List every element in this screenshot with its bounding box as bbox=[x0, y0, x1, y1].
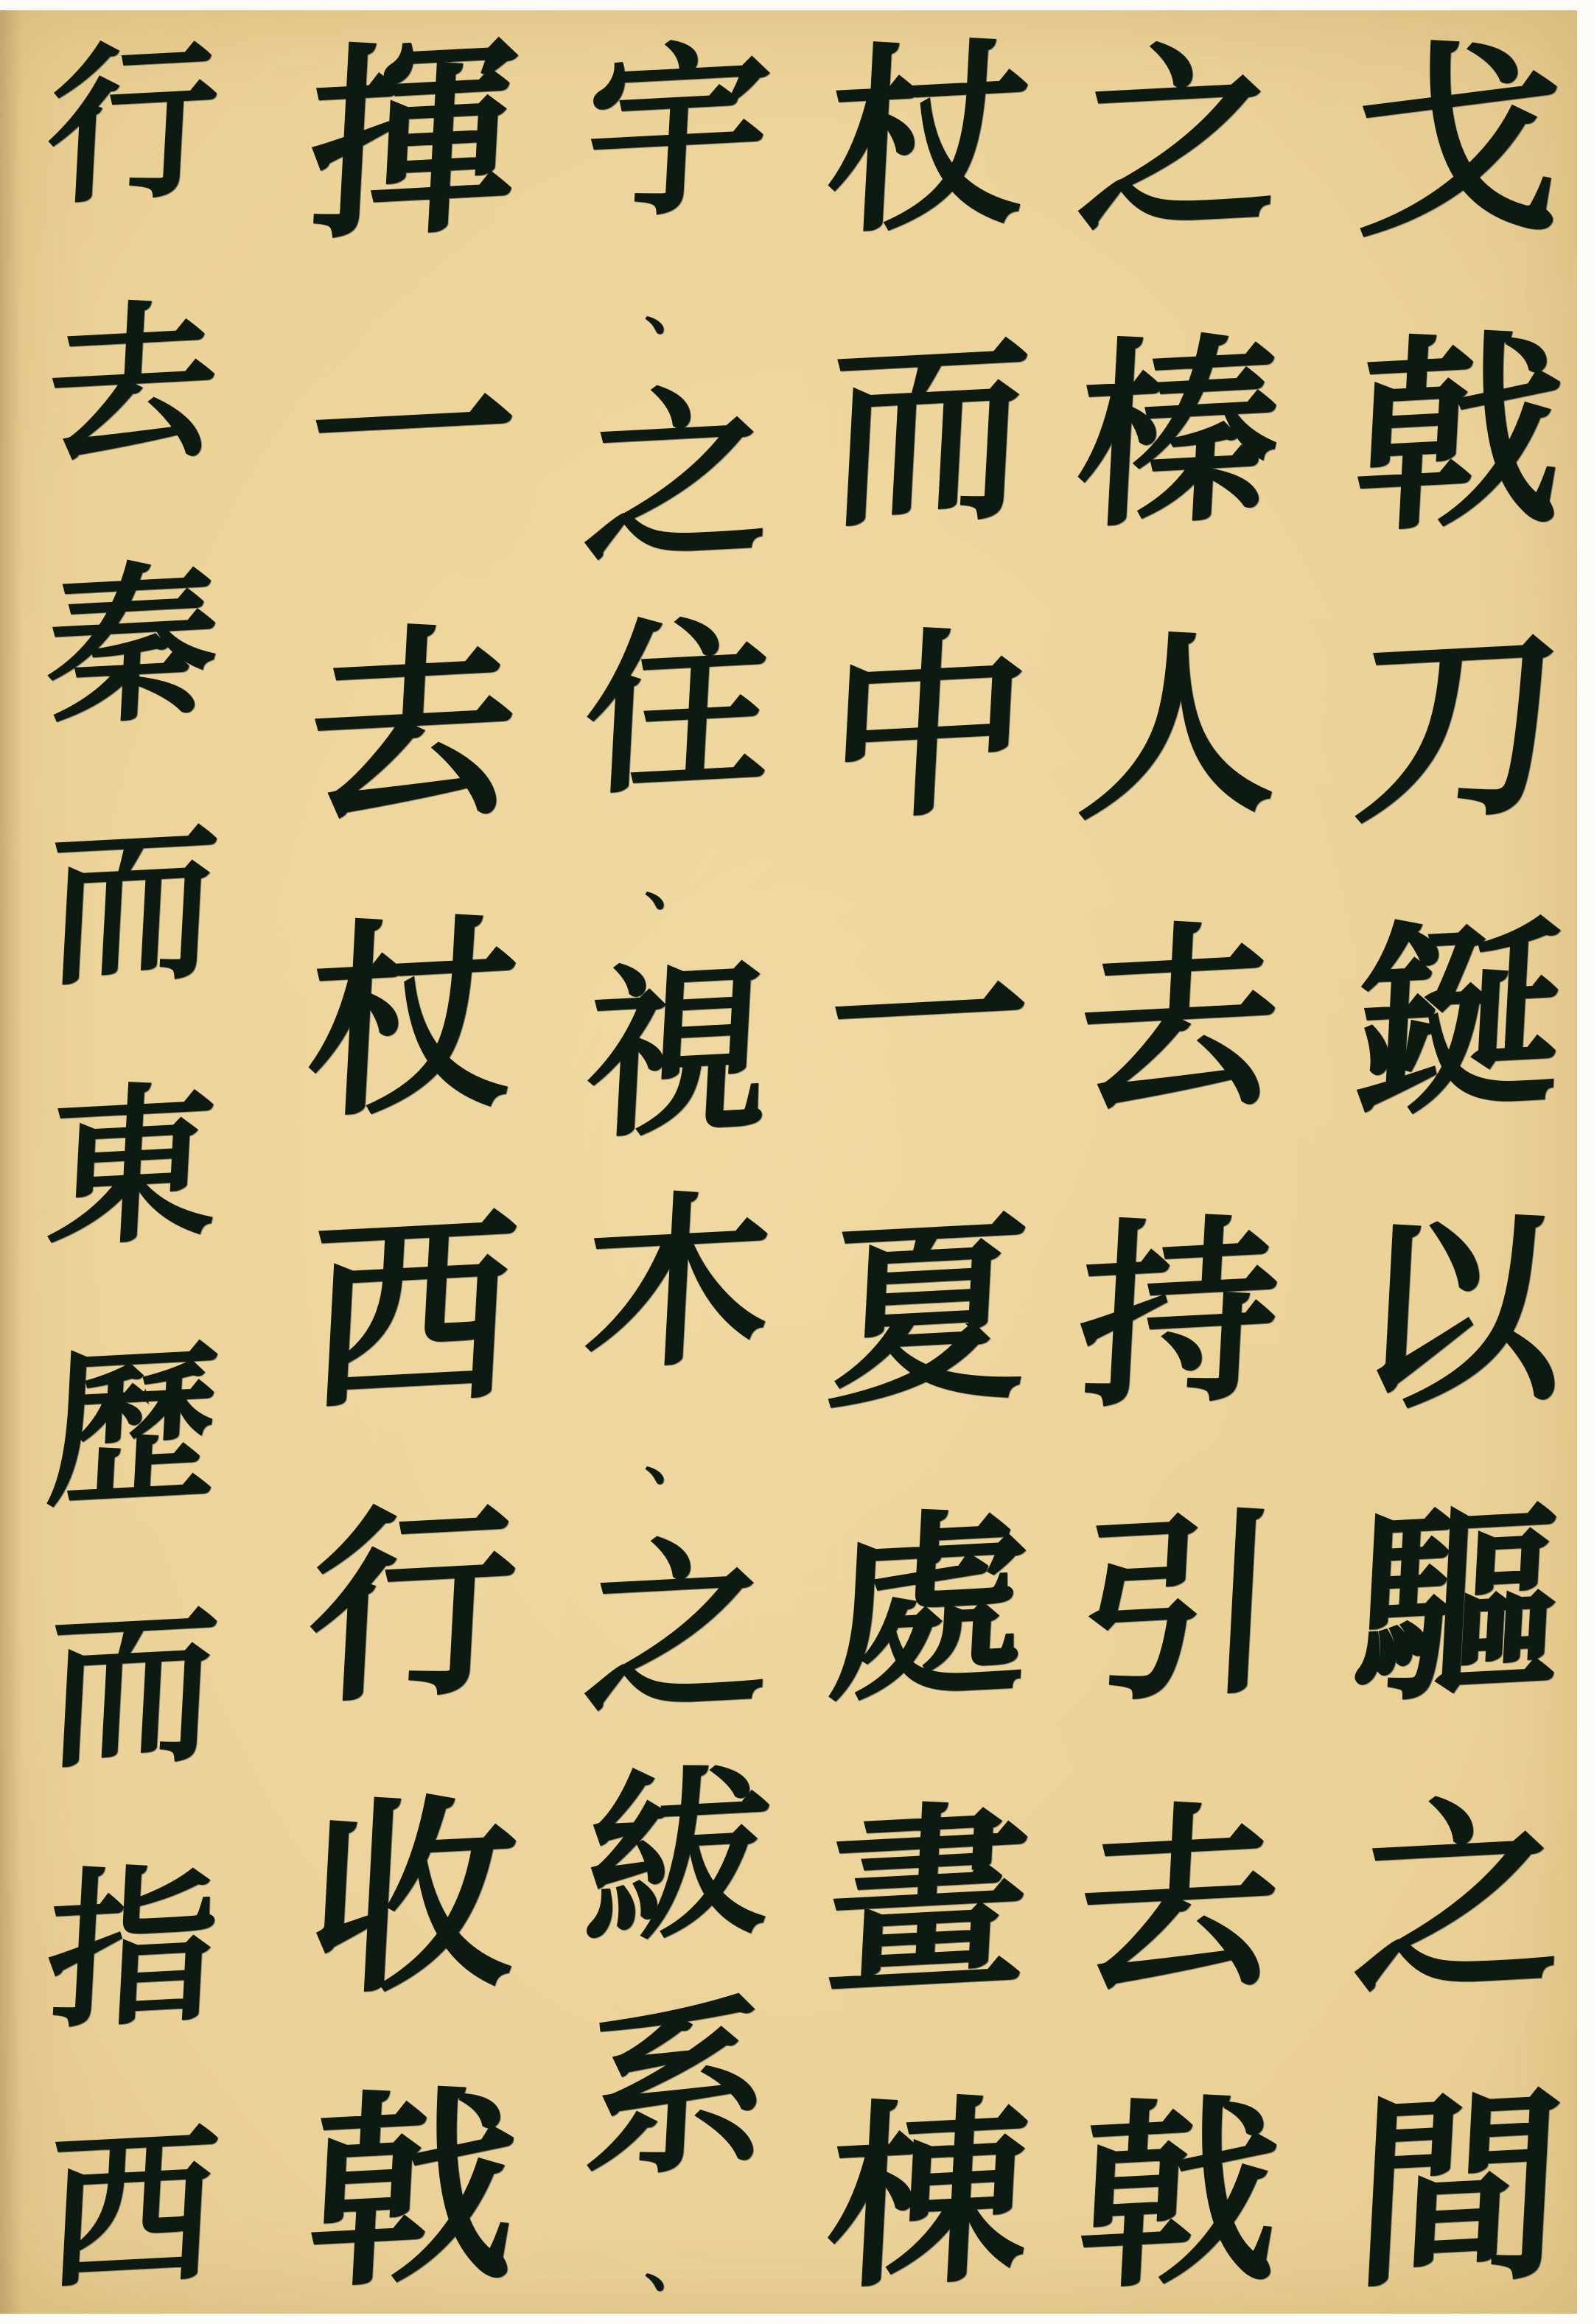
calligraphy-character: 之 bbox=[1350, 1791, 1568, 2007]
calligraphy-character: 戟 bbox=[1074, 2090, 1284, 2300]
calligraphy-character: 收 bbox=[304, 1791, 522, 2007]
calligraphy-character: 持 bbox=[1074, 1209, 1284, 1418]
calligraphy-character: 指 bbox=[43, 1860, 222, 2038]
calligraphy-column-6: 行去秦而東歷而指西 bbox=[0, 40, 265, 2295]
calligraphy-column-1: 戈戟刀鋋以驅之間 bbox=[1326, 40, 1592, 2295]
calligraphy-character: 木 bbox=[581, 1186, 775, 1379]
calligraphy-character: 紱 bbox=[581, 1761, 775, 1955]
calligraphy-character: 戟 bbox=[304, 2083, 522, 2300]
calligraphy-character: 西 bbox=[43, 2121, 222, 2299]
calligraphy-character: 之 bbox=[581, 1530, 775, 1724]
calligraphy-character: 戈 bbox=[1350, 35, 1568, 251]
calligraphy-character: 去 bbox=[43, 296, 222, 475]
calligraphy-character: 住 bbox=[581, 611, 775, 805]
calligraphy-character: 處 bbox=[823, 1503, 1033, 1712]
calligraphy-character: 西 bbox=[304, 1205, 522, 1421]
calligraphy-character: 、 bbox=[643, 2227, 713, 2297]
calligraphy-character: 去 bbox=[304, 620, 522, 836]
calligraphy-character: 而 bbox=[43, 817, 222, 995]
calligraphy-character: 之 bbox=[581, 379, 775, 573]
calligraphy-character: 引 bbox=[1074, 1503, 1284, 1712]
calligraphy-column-3: 杖而中一夏處畫棟 bbox=[796, 40, 1061, 2295]
calligraphy-character: 而 bbox=[43, 1600, 222, 1778]
calligraphy-character: 畫 bbox=[823, 1796, 1033, 2006]
calligraphy-character: 系 bbox=[581, 1992, 775, 2186]
calligraphy-character: 、 bbox=[643, 844, 713, 914]
calligraphy-character: 去 bbox=[1074, 1796, 1284, 2006]
calligraphy-character: 鋋 bbox=[1350, 912, 1568, 1129]
calligraphy-character: 人 bbox=[1074, 622, 1284, 831]
calligraphy-column-4: 宇、之住、視木、之紱系、 bbox=[545, 40, 811, 2295]
calligraphy-character: 刀 bbox=[1350, 620, 1568, 836]
calligraphy-paper: 戈戟刀鋋以驅之間 之榛人去持引去戟 杖而中一夏處畫棟 宇、之住、視木、之紱系、 … bbox=[0, 10, 1577, 2314]
calligraphy-character: 戟 bbox=[1350, 327, 1568, 544]
calligraphy-character: 、 bbox=[643, 269, 713, 339]
calligraphy-character: 視 bbox=[581, 955, 775, 1149]
calligraphy-character: 間 bbox=[1350, 2083, 1568, 2300]
calligraphy-character: 揮 bbox=[304, 35, 522, 251]
calligraphy-character: 中 bbox=[823, 622, 1033, 831]
calligraphy-character: 、 bbox=[643, 1420, 713, 1490]
calligraphy-character: 宇 bbox=[581, 35, 775, 229]
calligraphy-character: 行 bbox=[43, 35, 222, 214]
calligraphy-character: 秦 bbox=[43, 557, 222, 735]
calligraphy-character: 而 bbox=[823, 329, 1033, 538]
calligraphy-column-5: 揮一去杖西行收戟 bbox=[280, 40, 545, 2295]
calligraphy-character: 杖 bbox=[304, 912, 522, 1129]
calligraphy-character: 一 bbox=[304, 327, 522, 544]
calligraphy-character: 東 bbox=[43, 1078, 222, 1256]
calligraphy-character: 行 bbox=[304, 1498, 522, 1715]
calligraphy-character: 一 bbox=[823, 916, 1033, 1125]
calligraphy-character: 以 bbox=[1350, 1205, 1568, 1421]
calligraphy-character: 去 bbox=[1074, 916, 1284, 1125]
calligraphy-character: 夏 bbox=[823, 1209, 1033, 1418]
calligraphy-character: 之 bbox=[1074, 35, 1284, 244]
calligraphy-character: 歷 bbox=[43, 1339, 222, 1517]
calligraphy-character: 棟 bbox=[823, 2090, 1033, 2300]
calligraphy-column-2: 之榛人去持引去戟 bbox=[1046, 40, 1312, 2295]
calligraphy-character: 榛 bbox=[1074, 329, 1284, 538]
calligraphy-character: 杖 bbox=[823, 35, 1033, 244]
calligraphy-character: 驅 bbox=[1350, 1498, 1568, 1715]
